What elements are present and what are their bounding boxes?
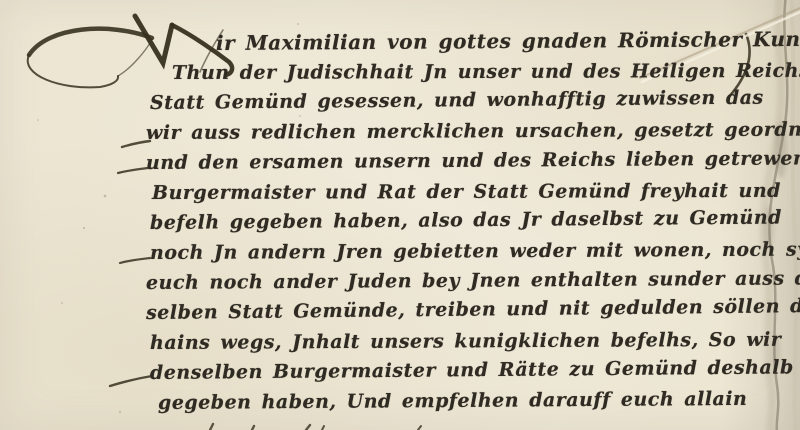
manuscript-line: noch Jn andern Jren gebietten weder mit … xyxy=(150,235,800,268)
manuscript-line: selben Statt Gemünde, treiben und nit ge… xyxy=(146,291,800,328)
manuscript-scan: ir Maximilian von gottes gnaden Römische… xyxy=(0,0,800,430)
manuscript-text: ir Maximilian von gottes gnaden Römische… xyxy=(0,28,800,418)
manuscript-line: befelh gegeben haben, also das Jr daselb… xyxy=(150,202,800,238)
manuscript-line: Statt Gemünd gesessen, und wonhafftig zu… xyxy=(150,82,800,118)
clipped-text-fragments xyxy=(210,424,421,430)
manuscript-line: denselben Burgermaister und Rätte zu Gem… xyxy=(150,352,800,388)
manuscript-line: gegeben haben, Und empfelhen darauff euc… xyxy=(158,384,800,418)
manuscript-line: ir Maximilian von gottes gnaden Römische… xyxy=(216,24,800,58)
manuscript-line: wir auss redlichen mercklichen ursachen,… xyxy=(146,115,800,148)
manuscript-line: und den ersamen unsern und des Reichs li… xyxy=(146,143,800,178)
